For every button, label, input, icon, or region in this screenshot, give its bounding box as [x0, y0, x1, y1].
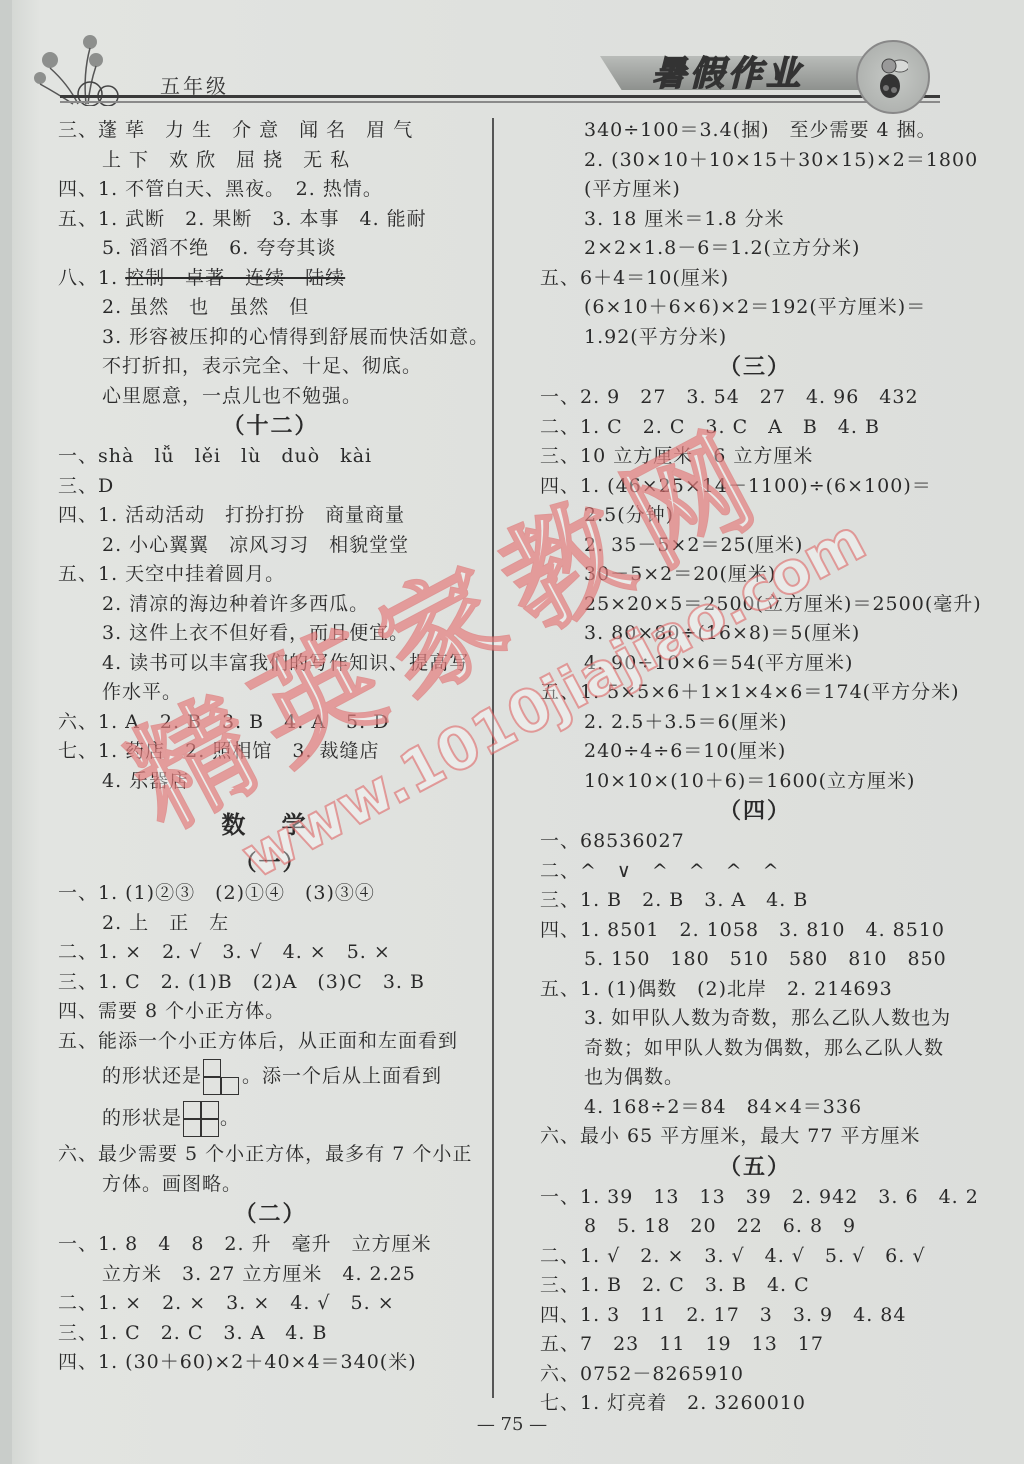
answer-line: 五、7 23 11 19 13 17	[540, 1330, 970, 1360]
answer-line: 2. (30×10＋10×15＋30×15)×2＝1800	[540, 146, 970, 176]
answer-line: 三、1. B 2. B 3. A 4. B	[540, 886, 970, 916]
answer-line: 三、蓬 荜 力 生 介 意 闻 名 眉 气	[58, 116, 483, 146]
answer-line: 心里愿意，一点儿也不勉强。	[58, 382, 483, 412]
answer-line: 七、1. 药店 2. 照相馆 3. 裁缝店	[58, 737, 483, 767]
answer-line: 六、0752－8265910	[540, 1360, 970, 1390]
answer-line: 340÷100＝3.4(捆) 至少需要 4 捆。	[540, 116, 970, 146]
section-heading: （四）	[540, 796, 970, 827]
answer-line: 奇数；如甲队人数为偶数，那么乙队人数	[540, 1034, 970, 1064]
answer-line: 2×2×1.8－6＝1.2(立方分米)	[540, 234, 970, 264]
answer-line: 四、需要 8 个小正方体。	[58, 997, 483, 1027]
answer-text: 的形状还是	[102, 1065, 202, 1087]
right-column: 340÷100＝3.4(捆) 至少需要 4 捆。2. (30×10＋10×15＋…	[540, 116, 970, 1419]
answer-line: 立方米 3. 27 立方厘米 4. 2.25	[58, 1260, 483, 1290]
column-divider	[492, 118, 494, 1398]
answer-line: 2. 2.5＋3.5＝6(厘米)	[540, 708, 970, 738]
answer-line: 三、1. C 2. C 3. A 4. B	[58, 1319, 483, 1349]
answer-line: 4. 168÷2＝84 84×4＝336	[540, 1093, 970, 1123]
answer-line: 2. 清凉的海边种着许多西瓜。	[58, 590, 483, 620]
page-header: 五年级 暑假作业	[0, 0, 1024, 112]
answer-line: 二、1. √ 2. × 3. √ 4. √ 5. √ 6. √	[540, 1242, 970, 1272]
page-number: — 75 —	[0, 1414, 1024, 1435]
answer-line: 2.5(分钟)	[540, 501, 970, 531]
answer-line: 4. 读书可以丰富我们的写作知识、提高写	[58, 649, 483, 679]
section-heading: （二）	[58, 1199, 483, 1230]
answer-line: 四、1. 活动活动 打扮打扮 商量商量	[58, 501, 483, 531]
answer-line: 10×10×(10＋6)＝1600(立方厘米)	[540, 767, 970, 797]
bee-mascot-icon	[874, 52, 908, 102]
section-heading: （三）	[540, 352, 970, 383]
answer-line: 五、1. 武断 2. 果断 3. 本事 4. 能耐	[58, 205, 483, 235]
answer-line: 也为偶数。	[540, 1063, 970, 1093]
answer-line: 2. 35－5×2＝25(厘米)	[540, 531, 970, 561]
left-column: 三、蓬 荜 力 生 介 意 闻 名 眉 气上 下 欢 欣 屈 挠 无 私四、1.…	[58, 116, 483, 1378]
answer-text-after: 。	[220, 1107, 240, 1129]
answer-line: 2. 虽然 也 虽然 但	[58, 293, 483, 323]
answer-line: 四、1. (46×25×14－1100)÷(6×100)＝	[540, 472, 970, 502]
answer-line: 3. 18 厘米＝1.8 分米	[540, 205, 970, 235]
answer-line-with-figure: 的形状是。	[58, 1096, 483, 1140]
answer-line: 8 5. 18 20 22 6. 8 9	[540, 1212, 970, 1242]
section-heading: （五）	[540, 1152, 970, 1183]
answer-line: 五、能添一个小正方体后，从正面和左面看到	[58, 1027, 483, 1057]
answer-line: 3. 80×80÷(16×8)＝5(厘米)	[540, 619, 970, 649]
answer-line: 二、1. C 2. C 3. C A B 4. B	[540, 413, 970, 443]
answer-line: 30－5×2＝20(厘米)	[540, 560, 970, 590]
answer-line: 二、^ ∨ ^ ^ ^ ^	[540, 857, 970, 887]
answer-line: 一、1. 8 4 8 2. 升 毫升 立方厘米	[58, 1230, 483, 1260]
answer-line: 二、1. × 2. × 3. × 4. √ 5. ×	[58, 1289, 483, 1319]
answer-line: 三、10 立方厘米 6 立方厘米	[540, 442, 970, 472]
answer-line: 上 下 欢 欣 屈 挠 无 私	[58, 146, 483, 176]
answer-line: 一、1. 39 13 13 39 2. 942 3. 6 4. 2	[540, 1183, 970, 1213]
page-edge	[0, 0, 12, 1464]
subject-heading: 数 学	[58, 802, 483, 848]
answer-line: (6×10＋6×6)×2＝192(平方厘米)＝	[540, 293, 970, 323]
answer-line: 六、最小 65 平方厘米，最大 77 平方厘米	[540, 1122, 970, 1152]
answer-line: 4. 90÷10×6＝54(平方厘米)	[540, 649, 970, 679]
answer-line: 五、1. 天空中挂着圆月。	[58, 560, 483, 590]
answer-line: 一、shà lǚ lěi lù duò kài	[58, 442, 483, 472]
answer-line: 一、2. 9 27 3. 54 27 4. 96 432	[540, 383, 970, 413]
answer-text: 的形状是	[102, 1107, 182, 1129]
l-shape-view-icon	[202, 1058, 242, 1096]
answer-line: (平方厘米)	[540, 175, 970, 205]
answer-line: 作水平。	[58, 678, 483, 708]
answer-line: 5. 150 180 510 580 810 850	[540, 945, 970, 975]
answer-line: 四、1. 3 11 2. 17 3 3. 9 4. 84	[540, 1301, 970, 1331]
answer-prefix: 八、1.	[58, 267, 125, 289]
answer-line: 2. 小心翼翼 凉风习习 相貌堂堂	[58, 531, 483, 561]
answer-line: 25×20×5＝2500(立方厘米)＝2500(毫升)	[540, 590, 970, 620]
answer-line: 5. 滔滔不绝 6. 夸夸其谈	[58, 234, 483, 264]
answer-line: 三、1. C 2. (1)B (2)A (3)C 3. B	[58, 968, 483, 998]
answer-line-with-figure: 的形状还是。添一个后从上面看到	[58, 1056, 483, 1096]
answer-line: 一、1. (1)②③ (2)①④ (3)③④	[58, 879, 483, 909]
answer-line: 三、D	[58, 472, 483, 502]
header-rule	[60, 95, 940, 98]
answer-line: 方体。画图略。	[58, 1170, 483, 1200]
struck-answer: 控制 卓著 连续 陆续	[125, 267, 345, 289]
answer-line: 六、最少需要 5 个小正方体，最多有 7 个小正	[58, 1140, 483, 1170]
answer-line: 4. 乐器店	[58, 767, 483, 797]
answer-line: 1.92(平方分米)	[540, 323, 970, 353]
answer-line: 四、1. (30＋60)×2＋40×4＝340(米)	[58, 1348, 483, 1378]
section-heading: （一）	[58, 848, 483, 879]
answer-line: 四、1. 不管白天、黑夜。 2. 热情。	[58, 175, 483, 205]
answer-line: 3. 如甲队人数为奇数，那么乙队人数也为	[540, 1004, 970, 1034]
answer-line: 不打折扣，表示完全、十足、彻底。	[58, 352, 483, 382]
header-rule-thin	[60, 101, 940, 103]
answer-line: 六、1. A 2. B 3. B 4. A 5. D	[58, 708, 483, 738]
answer-line: 三、1. B 2. C 3. B 4. C	[540, 1271, 970, 1301]
answer-line: 二、1. × 2. √ 3. √ 4. × 5. ×	[58, 938, 483, 968]
answer-line: 240÷4÷6＝10(厘米)	[540, 737, 970, 767]
answer-line: 2. 上 正 左	[58, 909, 483, 939]
answer-line: 3. 形容被压抑的心情得到舒展而快活如意。	[58, 323, 483, 353]
square-grid-view-icon	[182, 1100, 220, 1138]
answer-line: 八、1. 控制 卓著 连续 陆续	[58, 264, 483, 294]
answer-text-after: 。添一个后从上面看到	[242, 1065, 442, 1087]
section-heading: （十二）	[58, 411, 483, 442]
answer-line: 3. 这件上衣不但好看，而且便宜。	[58, 619, 483, 649]
answer-line: 五、1. (1)偶数 (2)北岸 2. 214693	[540, 975, 970, 1005]
answer-line: 四、1. 8501 2. 1058 3. 810 4. 8510	[540, 916, 970, 946]
banner-title: 暑假作业	[652, 46, 804, 95]
answer-line: 五、1. 5×5×6＋1×1×4×6＝174(平方分米)	[540, 678, 970, 708]
answer-line: 一、68536027	[540, 827, 970, 857]
answer-line: 五、6＋4＝10(厘米)	[540, 264, 970, 294]
